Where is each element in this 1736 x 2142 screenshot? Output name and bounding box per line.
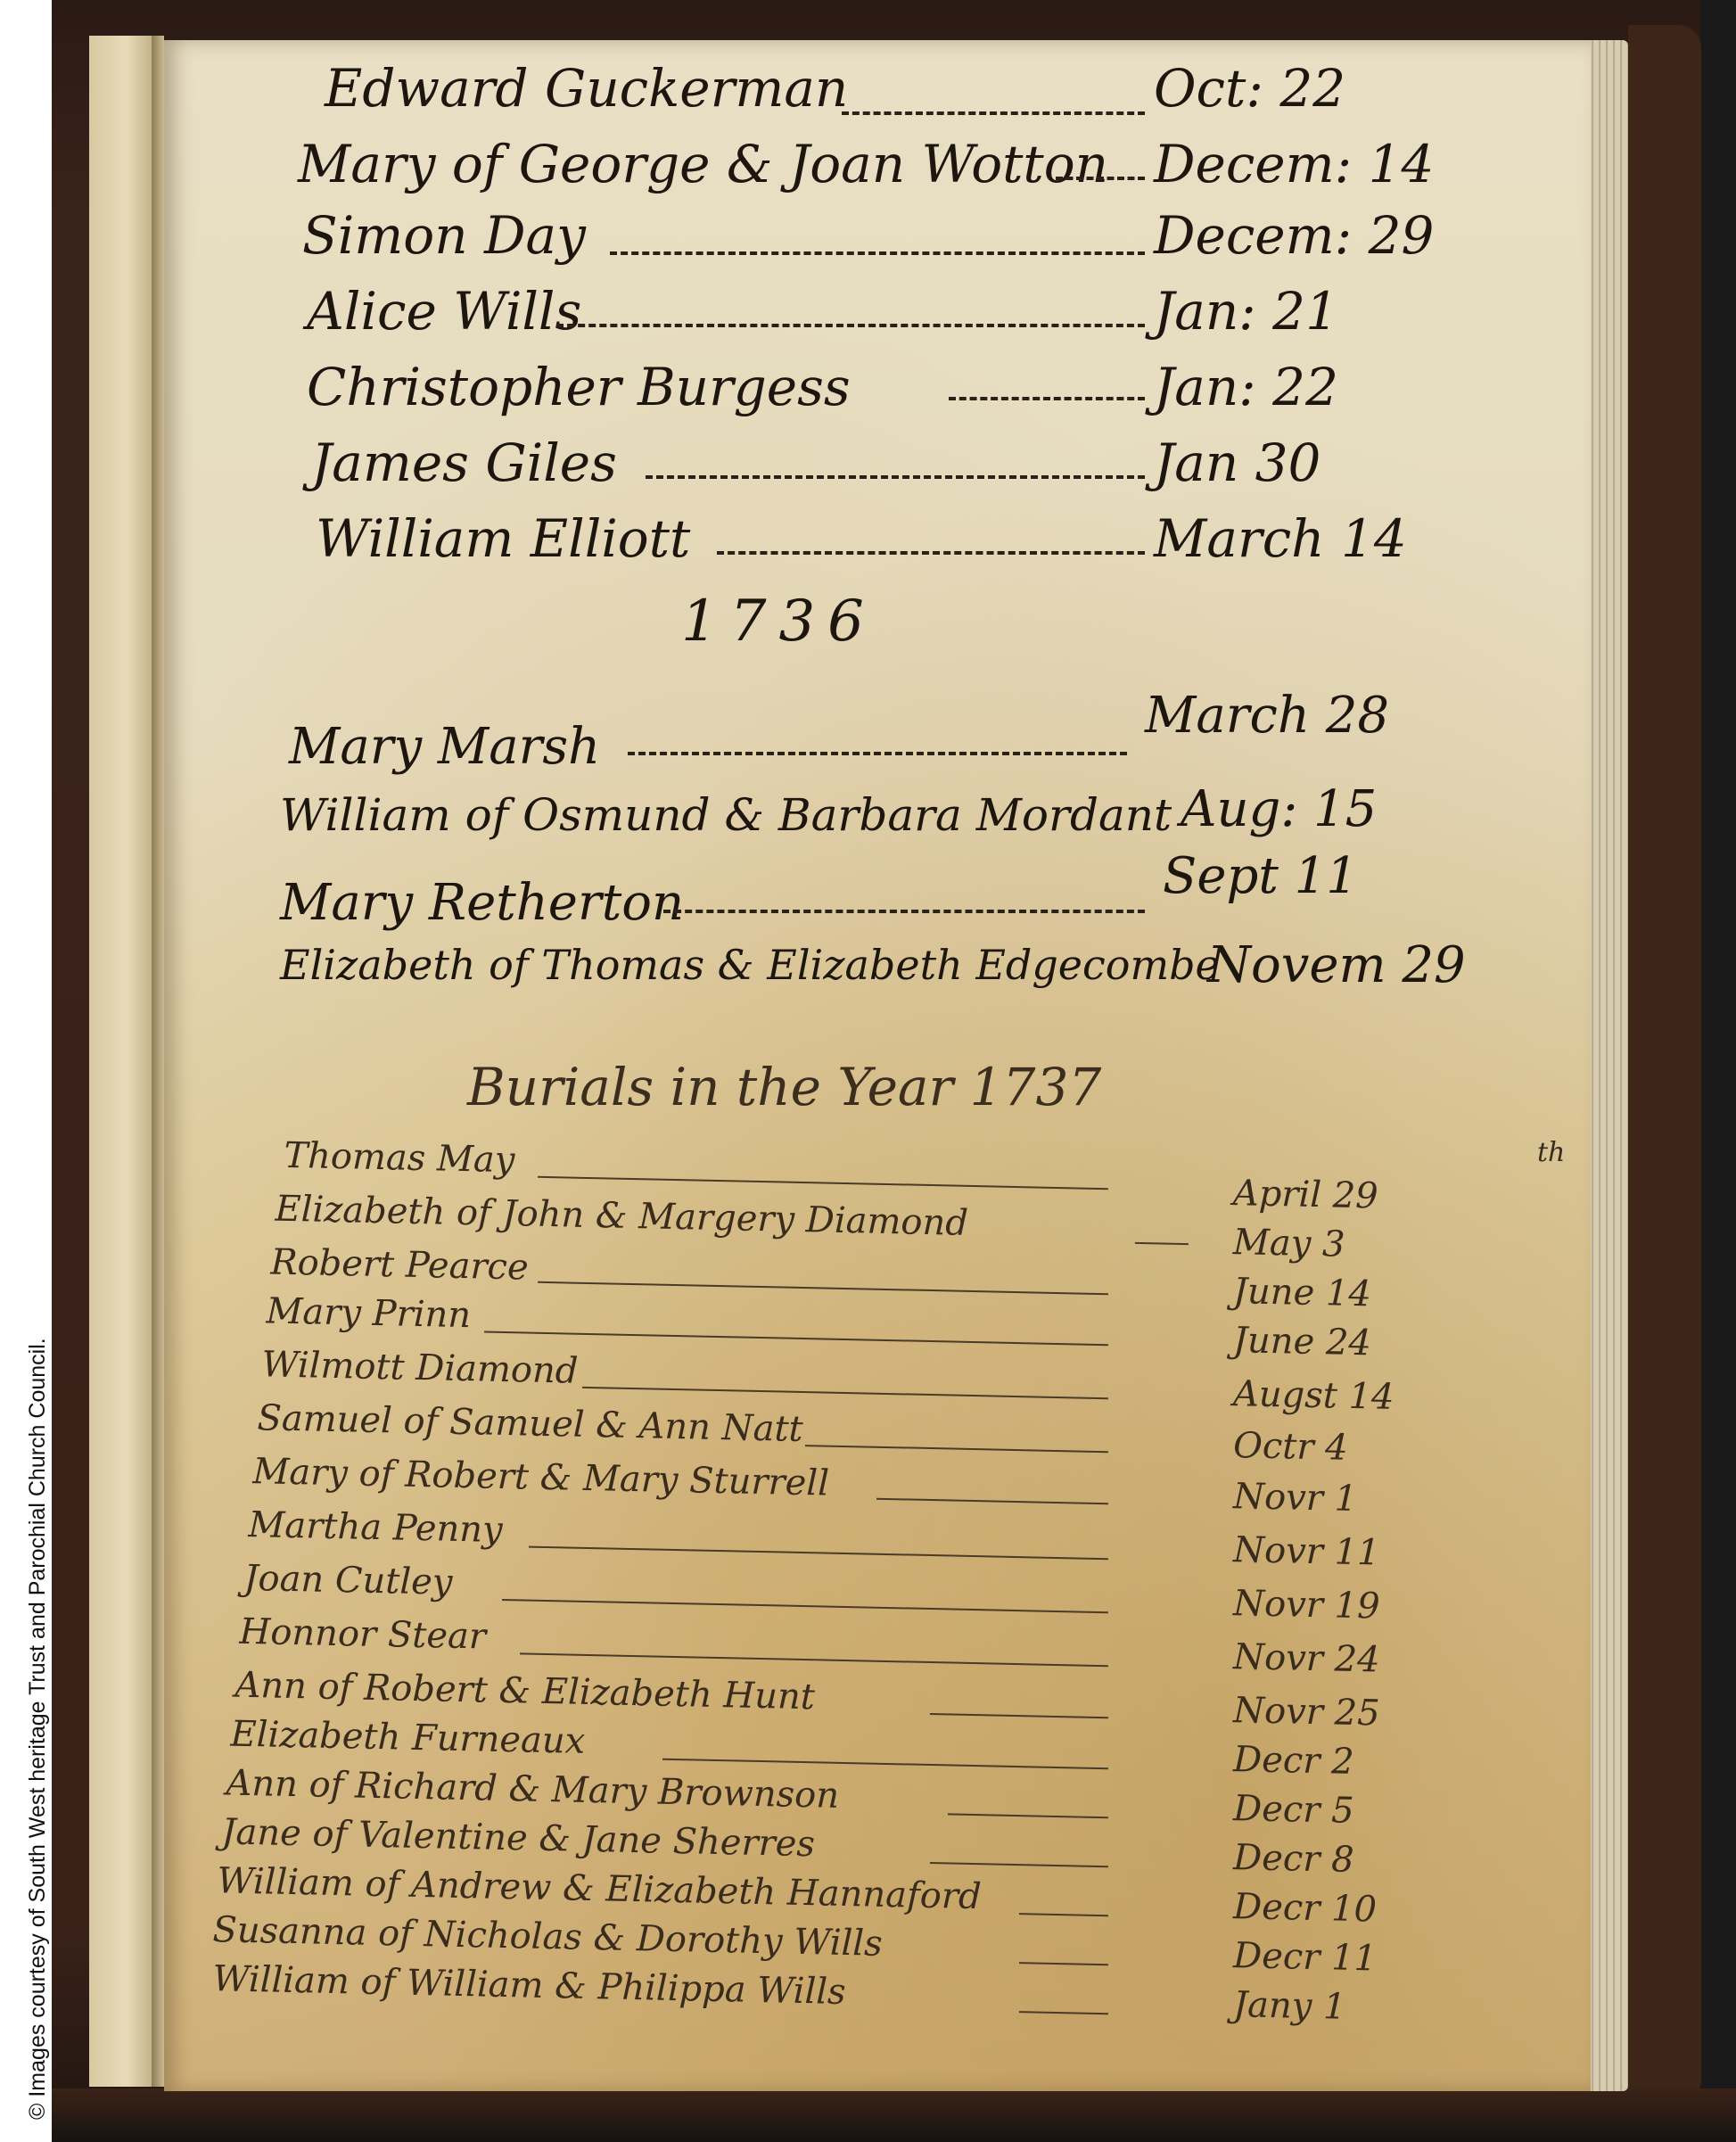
entry-name: Mary Retherton — [280, 874, 684, 932]
entry-date: June 14 — [1233, 1271, 1372, 1314]
leader-line — [663, 910, 1145, 913]
entry-date: Jan 30 — [1154, 433, 1321, 493]
register-entry: Mary Retherton Sept 11 — [164, 865, 1591, 936]
leader-line — [556, 324, 1145, 327]
leader-line — [520, 1652, 1108, 1667]
entry-name: Mary Prinn — [266, 1290, 472, 1336]
entry-date: Aug: 15 — [1181, 780, 1377, 838]
entry-date: Jany 1 — [1233, 1984, 1346, 2028]
register-page: Edward Guckerman Oct: 22 Mary of George … — [164, 40, 1591, 2091]
entry-name: Mary Marsh — [289, 718, 600, 776]
credit-strip: © Images courtesy of South West heritage… — [0, 0, 52, 2142]
entry-date: Jan: 21 — [1154, 281, 1338, 342]
leader-line — [646, 475, 1145, 479]
register-entry: William of Osmund & Barbara Mordant Aug:… — [164, 789, 1591, 861]
entry-date: Decr 8 — [1233, 1837, 1354, 1881]
entry-name: Elizabeth of Thomas & Elizabeth Edgecomb… — [280, 941, 1220, 989]
leader-line — [538, 1176, 1108, 1190]
leader-line — [949, 397, 1145, 400]
leader-line — [484, 1331, 1108, 1347]
entry-date: Decem: 29 — [1154, 205, 1434, 266]
entry-name: Honnor Stear — [239, 1611, 486, 1658]
leader-line — [529, 1546, 1108, 1561]
leader-line — [628, 752, 1127, 755]
copyright-credit: © Images courtesy of South West heritage… — [26, 1338, 49, 2120]
register-entry: Mary Marsh March 28 — [164, 700, 1591, 771]
entry-name: Robert Pearce — [270, 1242, 529, 1289]
leader-line — [1019, 1962, 1108, 1965]
leader-line — [582, 1387, 1108, 1399]
binding-corner — [1628, 25, 1701, 2103]
register-entry: Alice Wills Jan: 21 — [164, 281, 1591, 352]
entry-date: Novr 11 — [1233, 1529, 1380, 1573]
entry-date: Decem: 14 — [1154, 134, 1434, 194]
background-edge — [1700, 0, 1736, 2142]
burials-heading: Burials in the Year 1737 — [467, 1057, 1101, 1117]
register-scan: © Images courtesy of South West heritage… — [0, 0, 1736, 2142]
entry-name: Alice Wills — [307, 281, 581, 342]
leader-line — [876, 1498, 1108, 1504]
entry-date: Novr 24 — [1233, 1636, 1380, 1680]
entry-name: Joan Cutley — [243, 1558, 453, 1603]
register-entry: Simon Day Decem: 29 — [164, 205, 1591, 276]
register-entry: Elizabeth of Thomas & Elizabeth Edgecomb… — [164, 941, 1591, 1012]
entry-date: Decr 5 — [1233, 1788, 1354, 1832]
entry-date: Novr 19 — [1233, 1583, 1380, 1627]
binding-bottom — [52, 2088, 1736, 2142]
entry-name: Elizabeth Furneaux — [230, 1714, 586, 1762]
entry-name: Mary of George & Joan Wotton — [298, 134, 1108, 194]
entry-date: Novr 1 — [1233, 1476, 1358, 1520]
entry-date: Decr 2 — [1233, 1739, 1354, 1783]
entry-date: June 24 — [1233, 1320, 1372, 1363]
leader-line — [538, 1281, 1108, 1295]
leader-line — [930, 1862, 1108, 1867]
register-entry: Mary of George & Joan Wotton Decem: 14 — [164, 134, 1591, 205]
entry-name: James Giles — [311, 433, 617, 493]
entry-date: Decr 10 — [1233, 1886, 1378, 1930]
year-heading-1736: 1736 — [681, 589, 876, 655]
leader-line — [948, 1813, 1108, 1818]
leader-line — [717, 551, 1145, 555]
entry-date: May 3 — [1232, 1222, 1345, 1265]
entry-name: William Elliott — [316, 508, 690, 569]
leader-line — [1019, 1913, 1108, 1916]
entry-date: Jan: 22 — [1154, 357, 1338, 417]
entry-name: Simon Day — [302, 205, 586, 266]
leader-line — [502, 1599, 1108, 1613]
leader-line — [805, 1445, 1108, 1453]
entry-date: Novem 29 — [1207, 936, 1466, 994]
entry-date: Oct: 22 — [1154, 58, 1345, 119]
register-entry: William Elliott March 14 — [164, 508, 1591, 580]
entry-date: March 14 — [1154, 508, 1407, 569]
leader-line — [930, 1713, 1108, 1718]
entry-name: Edward Guckerman — [325, 58, 848, 119]
entry-name: Thomas May — [284, 1135, 515, 1181]
register-entry: Christopher Burgess Jan: 22 — [164, 357, 1591, 428]
entry-name: William of Osmund & Barbara Mordant — [280, 789, 1172, 841]
leader-line — [610, 251, 1145, 255]
register-entry: Edward Guckerman Oct: 22 — [164, 58, 1591, 129]
entry-name: Martha Penny — [248, 1504, 503, 1551]
facing-page-edge — [89, 36, 153, 2087]
leader-line — [842, 111, 1145, 115]
entry-date: Augst 14 — [1233, 1373, 1395, 1418]
entry-date: Octr 4 — [1233, 1425, 1348, 1469]
entry-date: March 28 — [1145, 687, 1389, 745]
entry-date: Decr 11 — [1233, 1935, 1378, 1979]
entry-date: Novr 25 — [1233, 1690, 1380, 1734]
entry-name: Wilmott Diamond — [261, 1344, 579, 1391]
entry-date: Sept 11 — [1163, 847, 1358, 905]
stacked-page-edges — [1587, 40, 1628, 2091]
entry-name: Christopher Burgess — [307, 357, 851, 417]
leader-line — [1135, 1242, 1189, 1245]
leader-line — [662, 1759, 1108, 1769]
leader-line — [1056, 177, 1145, 180]
leader-line — [1019, 2011, 1108, 2014]
register-entry: James Giles Jan 30 — [164, 433, 1591, 504]
